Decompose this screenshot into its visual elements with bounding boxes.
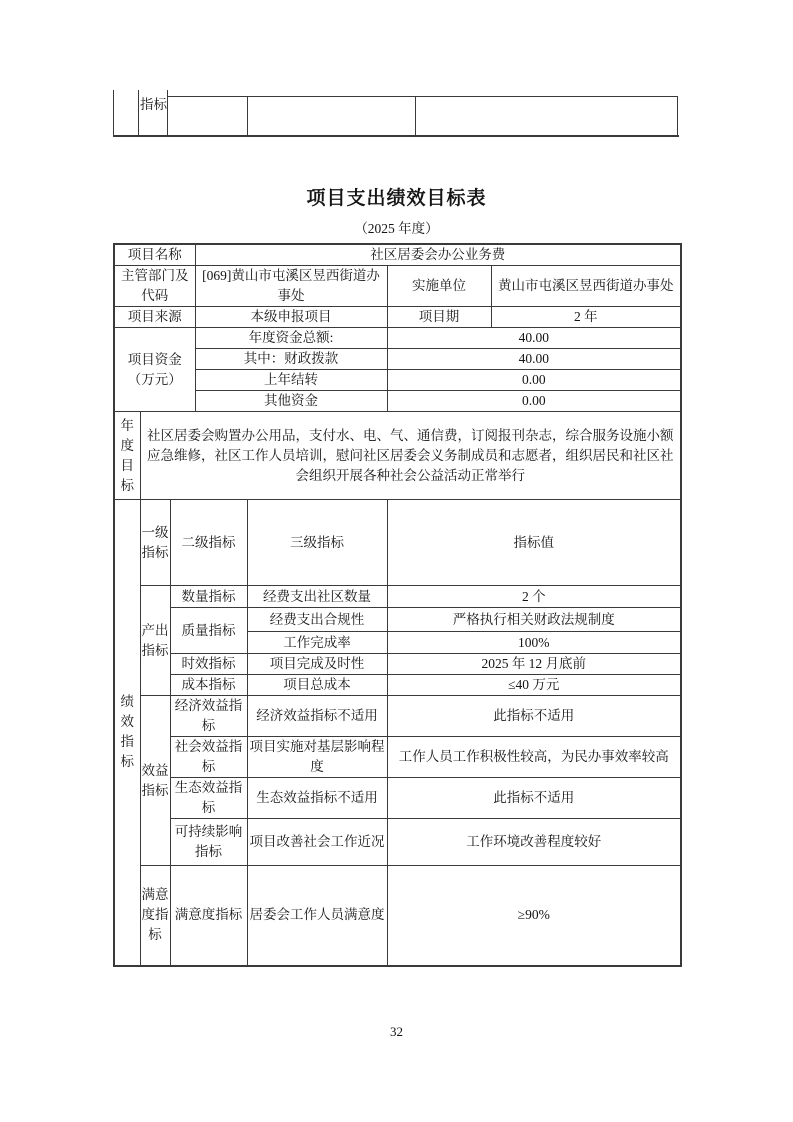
value-cell: 工作环境改善程度较好 [387, 819, 681, 866]
fragment-divider [247, 96, 248, 137]
indicator-row: 可持续影响指标 项目改善社会工作近况 工作环境改善程度较好 [114, 819, 681, 866]
funds-carryover-value: 0.00 [387, 370, 681, 391]
header-level1: 一级指标 [140, 500, 170, 586]
value-cell: 2 个 [387, 586, 681, 608]
header-level2: 二级指标 [170, 500, 247, 586]
level3-cell: 生态效益指标不适用 [247, 778, 387, 819]
page-title: 项目支出绩效目标表 [0, 183, 793, 210]
level2-cell: 生态效益指标 [170, 778, 247, 819]
funds-total-value: 40.00 [387, 328, 681, 349]
level2-cell: 数量指标 [170, 586, 247, 608]
period-value: 2 年 [491, 307, 681, 328]
page-subtitle: （2025 年度） [0, 217, 793, 237]
value-cell: 严格执行相关财政法规制度 [387, 608, 681, 632]
performance-target-table: 项目名称 社区居委会办公业务费 主管部门及代码 [069]黄山市屯溪区昱西街道办… [113, 243, 682, 967]
level2-cell: 质量指标 [170, 608, 247, 654]
level3-cell: 工作完成率 [247, 632, 387, 654]
funds-other-label: 其他资金 [195, 391, 387, 412]
level1-benefit-label: 效益指标 [140, 696, 170, 866]
table-row: 年度目标 社区居委会购置办公用品，支付水、电、气、通信费，订阅报刊杂志，综合服务… [114, 412, 681, 500]
project-name-label: 项目名称 [114, 244, 195, 266]
level1-output-label: 产出指标 [140, 586, 170, 696]
indicator-row: 满意度指标 满意度指标 居委会工作人员满意度 ≥90% [114, 866, 681, 966]
fragment-empty-col [113, 90, 139, 137]
fragment-divider [415, 96, 416, 137]
funds-total-label: 年度资金总额: [195, 328, 387, 349]
table-row: 主管部门及代码 [069]黄山市屯溪区昱西街道办事处 实施单位 黄山市屯溪区昱西… [114, 266, 681, 307]
funds-other-value: 0.00 [387, 391, 681, 412]
impl-unit-value: 黄山市屯溪区昱西街道办事处 [491, 266, 681, 307]
annual-goal-text: 社区居委会购置办公用品，支付水、电、气、通信费，订阅报刊杂志，综合服务设施小额应… [140, 412, 681, 500]
project-name-value: 社区居委会办公业务费 [195, 244, 681, 266]
fragment-indicator-label: 指标 [139, 94, 168, 115]
funds-label: 项目资金 （万元） [114, 328, 195, 412]
value-cell: ≤40 万元 [387, 675, 681, 696]
table-row: 项目资金 （万元） 年度资金总额: 40.00 [114, 328, 681, 349]
level1-satisfaction-label: 满意度指标 [140, 866, 170, 966]
table-row: 其中：财政拨款 40.00 [114, 349, 681, 370]
level2-cell: 时效指标 [170, 654, 247, 675]
impl-unit-label: 实施单位 [387, 266, 491, 307]
funds-fiscal-value: 40.00 [387, 349, 681, 370]
fragment-bottom-border [113, 135, 679, 137]
header-value: 指标值 [387, 500, 681, 586]
table-row: 项目名称 社区居委会办公业务费 [114, 244, 681, 266]
document-page: 指标 项目支出绩效目标表 （2025 年度） 项目名称 社区居委会办公业务费 主… [0, 0, 793, 1122]
source-label: 项目来源 [114, 307, 195, 328]
indicator-row: 生态效益指标 生态效益指标不适用 此指标不适用 [114, 778, 681, 819]
indicator-row: 时效指标 项目完成及时性 2025 年 12 月底前 [114, 654, 681, 675]
source-value: 本级申报项目 [195, 307, 387, 328]
level2-cell: 社会效益指标 [170, 737, 247, 778]
level3-cell: 项目实施对基层影响程度 [247, 737, 387, 778]
fragment-cells-box [168, 96, 678, 137]
level2-cell: 可持续影响指标 [170, 819, 247, 866]
indicators-group-label: 绩效指标 [114, 500, 140, 966]
indicator-row: 社会效益指标 项目实施对基层影响程度 工作人员工作积极性较高，为民办事效率较高 [114, 737, 681, 778]
level2-cell: 成本指标 [170, 675, 247, 696]
value-cell: 此指标不适用 [387, 778, 681, 819]
level3-cell: 居委会工作人员满意度 [247, 866, 387, 966]
level3-cell: 项目完成及时性 [247, 654, 387, 675]
value-cell: 2025 年 12 月底前 [387, 654, 681, 675]
value-cell: 100% [387, 632, 681, 654]
level3-cell: 经费支出社区数量 [247, 586, 387, 608]
header-level3: 三级指标 [247, 500, 387, 586]
funds-carryover-label: 上年结转 [195, 370, 387, 391]
level2-cell: 满意度指标 [170, 866, 247, 966]
period-label: 项目期 [387, 307, 491, 328]
level3-cell: 项目总成本 [247, 675, 387, 696]
indicator-row: 质量指标 经费支出合规性 严格执行相关财政法规制度 [114, 608, 681, 632]
indicator-row: 效益指标 经济效益指标 经济效益指标不适用 此指标不适用 [114, 696, 681, 737]
dept-label: 主管部门及代码 [114, 266, 195, 307]
table-row: 项目来源 本级申报项目 项目期 2 年 [114, 307, 681, 328]
table-row: 其他资金 0.00 [114, 391, 681, 412]
dept-value: [069]黄山市屯溪区昱西街道办事处 [195, 266, 387, 307]
value-cell: 此指标不适用 [387, 696, 681, 737]
table-row: 上年结转 0.00 [114, 370, 681, 391]
value-cell: ≥90% [387, 866, 681, 966]
annual-goal-label: 年度目标 [114, 412, 140, 500]
level3-cell: 经济效益指标不适用 [247, 696, 387, 737]
indicator-row: 成本指标 项目总成本 ≤40 万元 [114, 675, 681, 696]
indicator-row: 产出指标 数量指标 经费支出社区数量 2 个 [114, 586, 681, 608]
indicator-header-row: 绩效指标 一级指标 二级指标 三级指标 指标值 [114, 500, 681, 586]
level3-cell: 经费支出合规性 [247, 608, 387, 632]
value-cell: 工作人员工作积极性较高，为民办事效率较高 [387, 737, 681, 778]
page-number: 32 [0, 1024, 793, 1040]
level2-cell: 经济效益指标 [170, 696, 247, 737]
funds-fiscal-label: 其中：财政拨款 [195, 349, 387, 370]
level3-cell: 项目改善社会工作近况 [247, 819, 387, 866]
